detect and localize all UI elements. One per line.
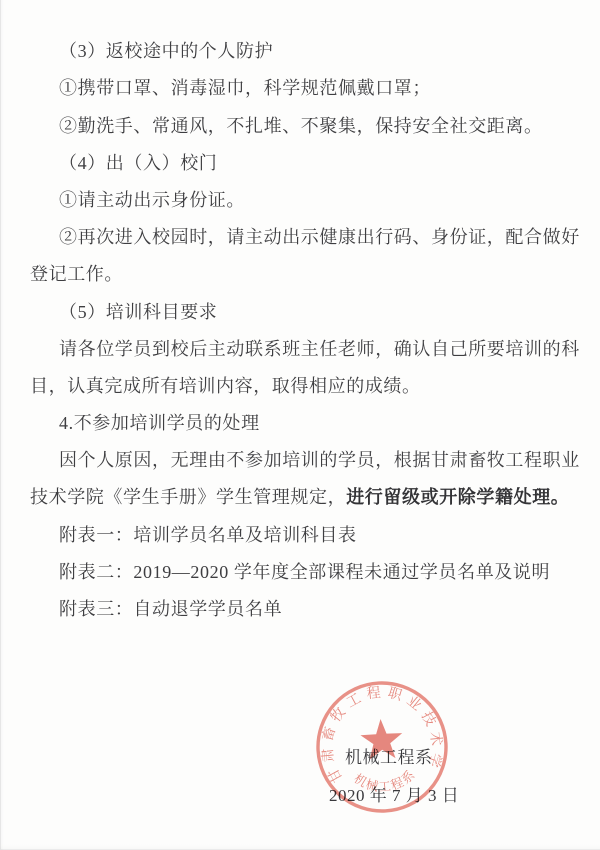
seal-institution-arc-text: 甘肃畜牧工程职业技术学院 [302,667,447,787]
signature-date: 2020 年 7 月 3 日 [329,787,459,804]
attachment-line: 附表三：自动退学学员名单 [59,600,282,618]
emphasis-normal-text: 技术学院《学生手册》学生管理规定， [30,487,346,507]
emphasis-bold-text: 进行留级或开除学籍处理。 [346,487,569,507]
document-line: ②再次进入校园时，请主动出示健康出行码、身份证，配合做好 [59,228,580,246]
document-line: ②勤洗手、常通风，不扎堆、不聚集，保持安全社交距离。 [59,117,543,135]
document-line: ①携带口罩、消毒湿巾，科学规范佩戴口罩； [59,79,431,97]
document-line: （4）出（入）校门 [59,154,217,172]
document-line-emphasis: 技术学院《学生手册》学生管理规定，进行留级或开除学籍处理。 [30,488,569,506]
attachment-line: 附表一：培训学员名单及培训科目表 [59,526,357,544]
document-line: （3）返校途中的个人防护 [59,42,273,60]
document-line: ①请主动出示身份证。 [59,191,245,209]
document-page: （3）返校途中的个人防护 ①携带口罩、消毒湿巾，科学规范佩戴口罩； ②勤洗手、常… [0,0,600,850]
document-line: （5）培训科目要求 [59,303,217,321]
document-line: 4.不参加培训学员的处理 [59,414,260,432]
document-line: 因个人原因，无理由不参加培训的学员，根据甘肃畜牧工程职业 [59,451,580,469]
signature-department: 机械工程系 [345,749,433,766]
document-line: 目，认真完成所有培训内容，取得相应的成绩。 [30,377,421,395]
attachment-line: 附表二：2019—2020 学年度全部课程未通过学员名单及说明 [59,563,550,581]
document-line: 请各位学员到校后主动联系班主任老师，确认自己所要培训的科 [59,340,580,358]
document-line: 登记工作。 [30,265,123,283]
